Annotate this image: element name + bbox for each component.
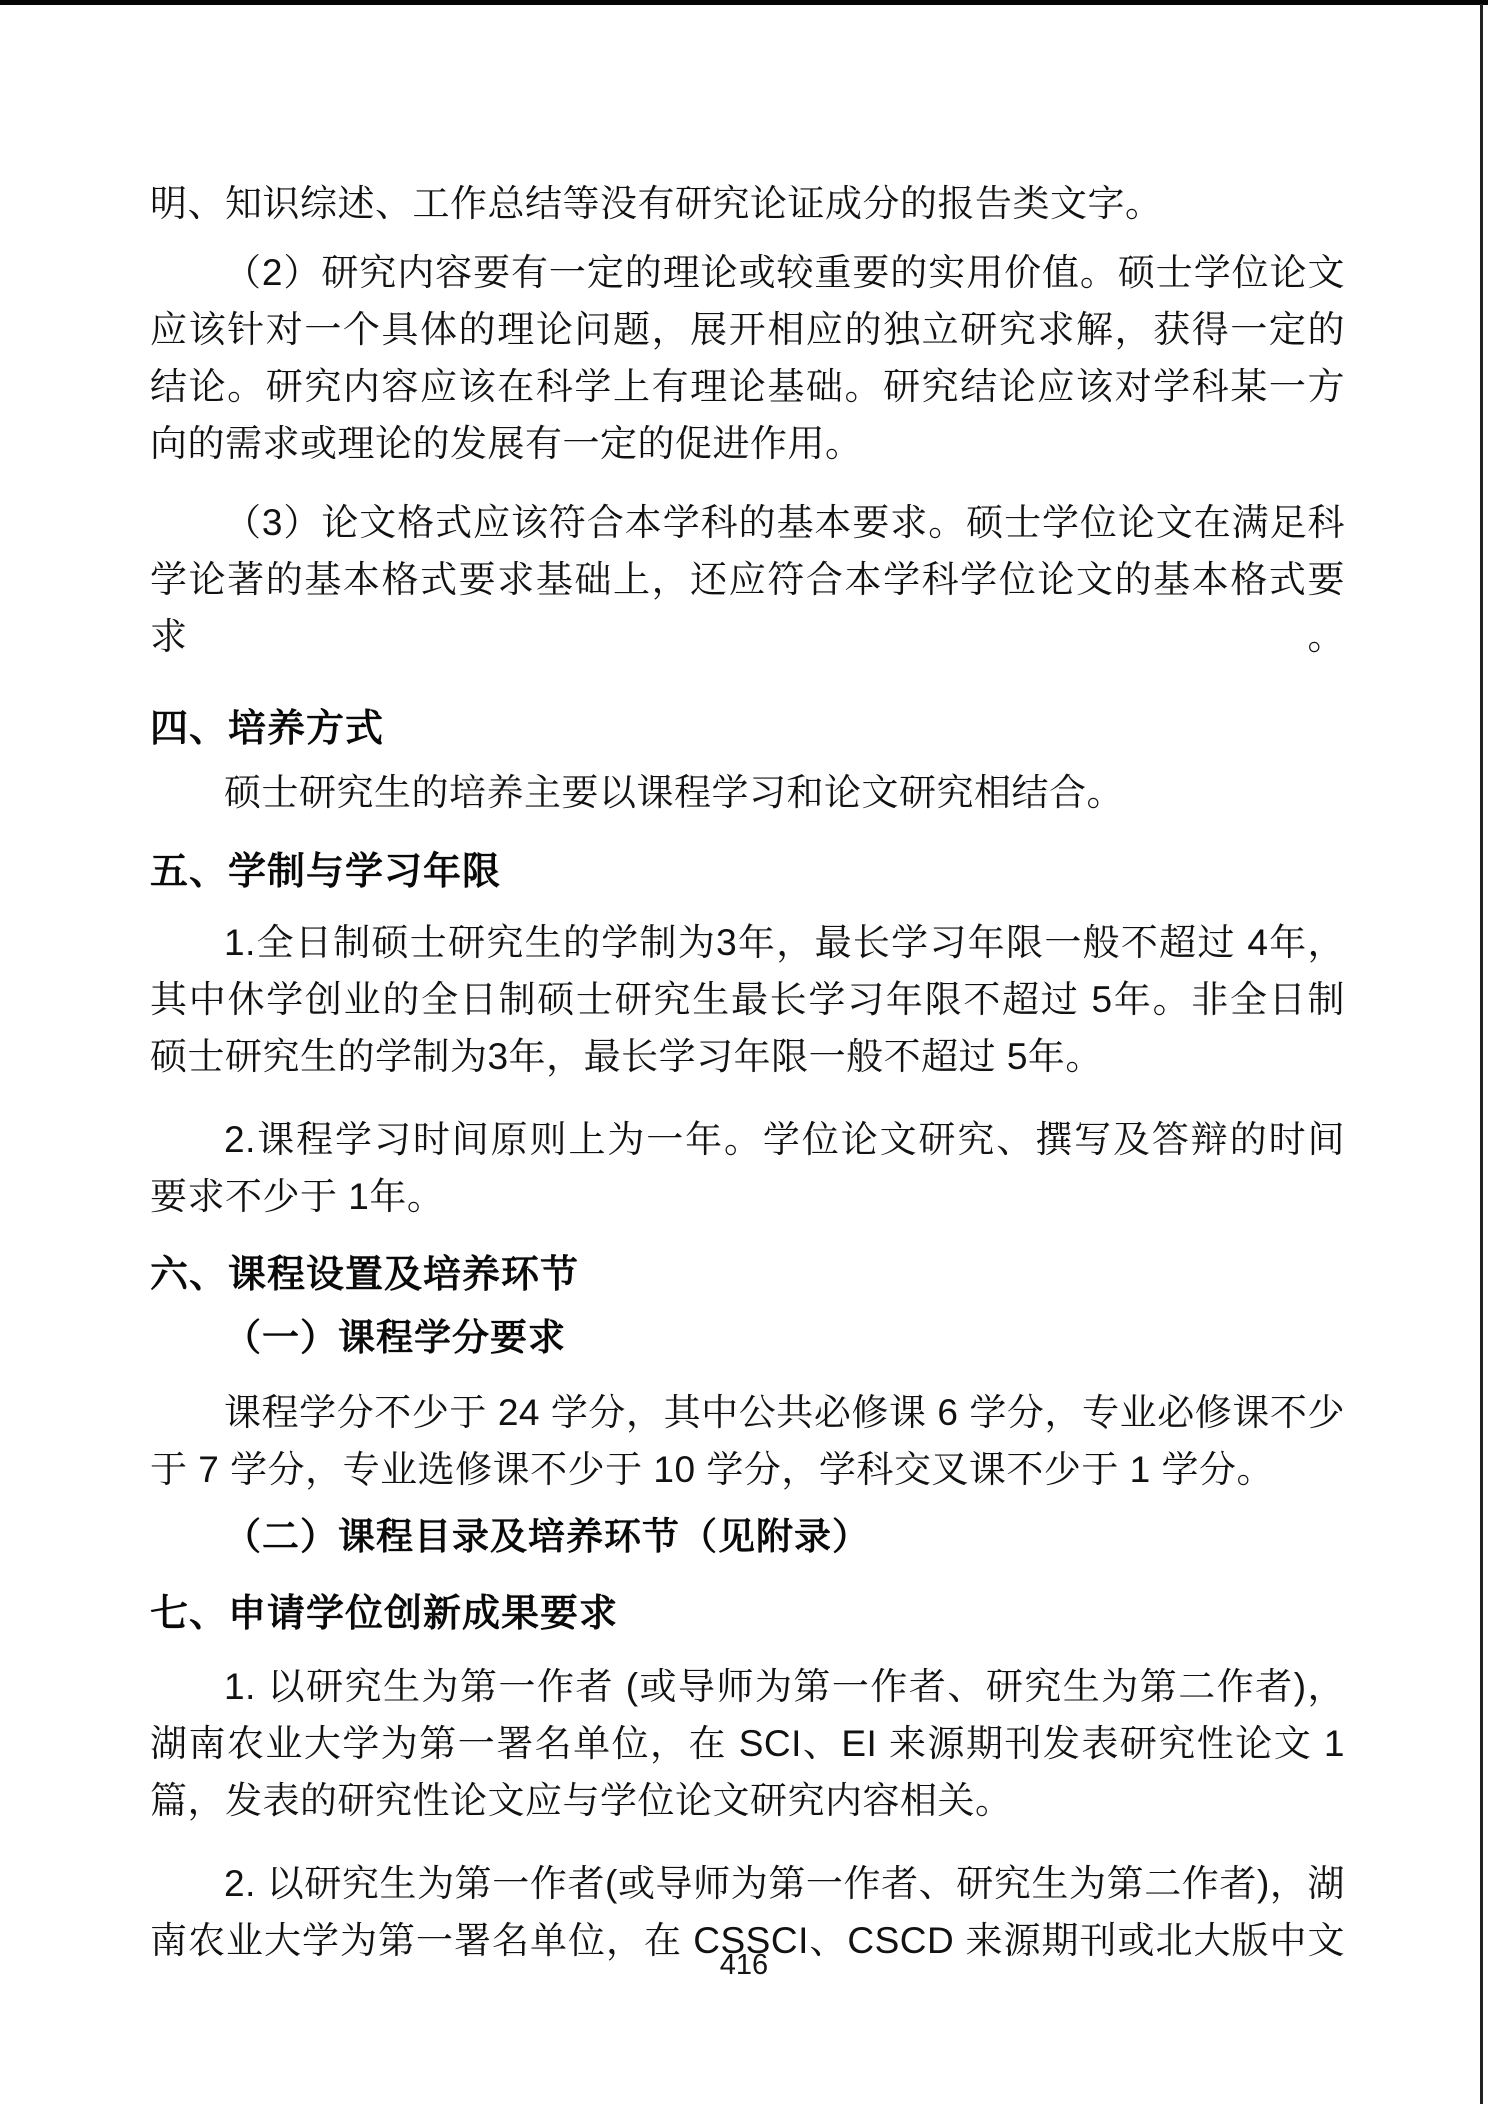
- text-line: 课程学分不少于 24 学分，其中公共必修课 6 学分，专业必修课不少: [150, 1384, 1345, 1441]
- page-number: 416: [0, 1945, 1488, 1985]
- text-line: 要求不少于 1年。: [150, 1168, 1345, 1225]
- text-line: 向的需求或理论的发展有一定的促进作用。: [150, 415, 1345, 472]
- text-line: 应该针对一个具体的理论问题，展开相应的独立研究求解，获得一定的: [150, 301, 1345, 358]
- page-top-border: [0, 0, 1488, 5]
- text-line: 结论。研究内容应该在科学上有理论基础。研究结论应该对学科某一方: [150, 358, 1345, 415]
- section-heading: 七、申请学位创新成果要求: [150, 1584, 1345, 1644]
- text-line: 硕士研究生的学制为3年，最长学习年限一般不超过 5年。: [150, 1028, 1345, 1085]
- page-content: 明、知识综述、工作总结等没有研究论证成分的报告类文字。 （2）研究内容要有一定的…: [150, 175, 1345, 1969]
- text-line: （3）论文格式应该符合本学科的基本要求。硕士学位论文在满足科: [150, 494, 1345, 551]
- text-line: 2. 以研究生为第一作者(或导师为第一作者、研究生为第二作者)，湖: [150, 1855, 1345, 1912]
- text-line: 其中休学创业的全日制硕士研究生最长学习年限不超过 5年。非全日制: [150, 971, 1345, 1028]
- text-line: 学论著的基本格式要求基础上，还应符合本学科学位论文的基本格式要求。: [150, 551, 1345, 665]
- text-line: 硕士研究生的培养主要以课程学习和论文研究相结合。: [150, 764, 1345, 821]
- text-line: 于 7 学分，专业选修课不少于 10 学分，学科交叉课不少于 1 学分。: [150, 1441, 1345, 1498]
- section-heading: 四、培养方式: [150, 699, 1345, 759]
- text-line: 1.全日制硕士研究生的学制为3年，最长学习年限一般不超过 4年，: [150, 914, 1345, 971]
- sub-heading: （二）课程目录及培养环节（见附录）: [150, 1508, 1345, 1565]
- text-line: 2.课程学习时间原则上为一年。学位论文研究、撰写及答辩的时间: [150, 1111, 1345, 1168]
- section-heading: 五、学制与学习年限: [150, 842, 1345, 902]
- text-line: 1. 以研究生为第一作者 (或导师为第一作者、研究生为第二作者)，: [150, 1658, 1345, 1715]
- text-line: 篇，发表的研究性论文应与学位论文研究内容相关。: [150, 1772, 1345, 1829]
- text-line: （2）研究内容要有一定的理论或较重要的实用价值。硕士学位论文: [150, 244, 1345, 301]
- page-right-border: [1480, 4, 1483, 2104]
- text-line: 明、知识综述、工作总结等没有研究论证成分的报告类文字。: [150, 175, 1345, 232]
- document-page: 明、知识综述、工作总结等没有研究论证成分的报告类文字。 （2）研究内容要有一定的…: [0, 0, 1488, 2104]
- sub-heading: （一）课程学分要求: [150, 1309, 1345, 1366]
- text-line: 湖南农业大学为第一署名单位，在 SCI、EI 来源期刊发表研究性论文 1: [150, 1715, 1345, 1772]
- section-heading: 六、课程设置及培养环节: [150, 1245, 1345, 1305]
